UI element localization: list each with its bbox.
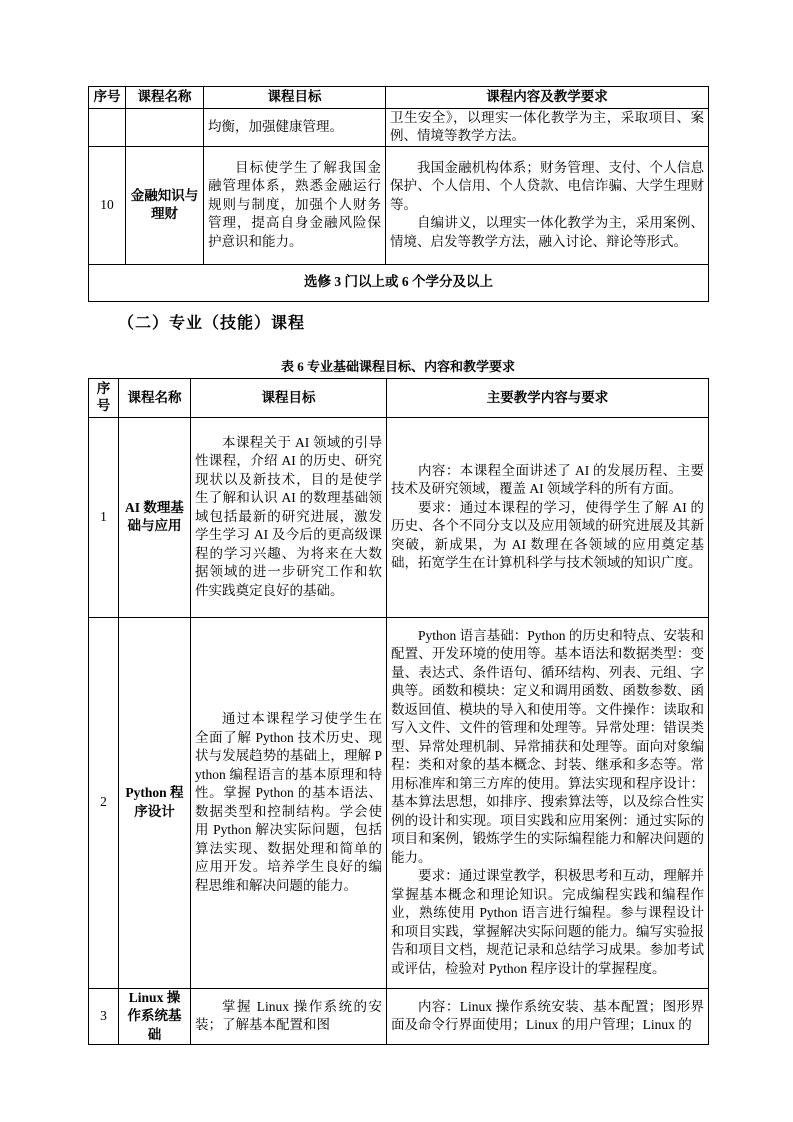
cell-goal-continued: 均衡，加强健康管理。 bbox=[204, 108, 386, 146]
content-paragraph: 内容：Linux 操作系统安装、基本配置；图形界面及命令行界面使用；Linux … bbox=[391, 998, 704, 1035]
cell-content-continued: 卫生安全》，以理实一体化教学为主，采取项目、案例、情境等教学方法。 bbox=[386, 108, 709, 146]
cell-course-content: 内容：Linux 操作系统安装、基本配置；图形界面及命令行界面使用；Linux … bbox=[387, 988, 709, 1045]
table2-row-3: 3 Linux 操作系统基础 掌握 Linux 操作系统的安装；了解基本配置和图… bbox=[89, 988, 709, 1045]
cell-no: 3 bbox=[89, 988, 119, 1045]
cell-no: 1 bbox=[89, 417, 119, 617]
table2-header-main-content: 主要教学内容与要求 bbox=[387, 379, 709, 418]
table1-header-course-content: 课程内容及教学要求 bbox=[386, 87, 709, 109]
cell-no: 2 bbox=[89, 617, 119, 988]
content-paragraph: 要求：通过课堂教学，积极思考和互动，理解并掌握基本概念和理论知识。完成编程实践和… bbox=[391, 867, 704, 978]
cell-course-goal: 通过本课程学习使学生在全面了解 Python 技术历史、现状与发展趋势的基础上，… bbox=[191, 617, 387, 988]
cell-course-content: 内容：本课程全面讲述了 AI 的发展历程、主要技术及研究领域，覆盖 AI 领域学… bbox=[387, 417, 709, 617]
table2-header-course-name: 课程名称 bbox=[119, 379, 191, 418]
table1-footer-row: 选修 3 门以上或 6 个学分及以上 bbox=[89, 264, 709, 301]
content-text: 卫生安全》，以理实一体化教学为主，采取项目、案例、情境等教学方法。 bbox=[390, 109, 704, 146]
goal-text: 本课程关于 AI 领域的引导性课程，介绍 AI 的历史、研究现状以及新技术，目的… bbox=[195, 434, 382, 601]
table2-row-1: 1 AI 数理基础与应用 本课程关于 AI 领域的引导性课程，介绍 AI 的历史… bbox=[89, 417, 709, 617]
goal-text: 通过本课程学习使学生在全面了解 Python 技术历史、现状与发展趋势的基础上，… bbox=[195, 710, 382, 895]
table2-row-2: 2 Python 程序设计 通过本课程学习使学生在全面了解 Python 技术历… bbox=[89, 617, 709, 988]
professional-basic-courses-table: 序号 课程名称 课程目标 主要教学内容与要求 1 AI 数理基础与应用 本课程关… bbox=[88, 378, 709, 1045]
goal-text: 目标使学生了解我国金融管理体系，熟悉金融运行规则与制度，加强个人财务管理，提高自… bbox=[208, 159, 381, 252]
table1-header-course-goal: 课程目标 bbox=[204, 87, 386, 109]
cell-course-goal: 本课程关于 AI 领域的引导性课程，介绍 AI 的历史、研究现状以及新技术，目的… bbox=[191, 417, 387, 617]
cell-course-goal: 掌握 Linux 操作系统的安装；了解基本配置和图 bbox=[191, 988, 387, 1045]
cell-course-name: 金融知识与理财 bbox=[126, 146, 204, 264]
table1-header-row: 序号 课程名称 课程目标 课程内容及教学要求 bbox=[89, 87, 709, 109]
cell-course-name: Linux 操作系统基础 bbox=[119, 988, 191, 1045]
cell-no-empty bbox=[89, 108, 126, 146]
document-page: 序号 课程名称 课程目标 课程内容及教学要求 均衡，加强健康管理。 卫生安全》，… bbox=[0, 0, 793, 1122]
content-clip: 内容：Linux 操作系统安装、基本配置；图形界面及命令行界面使用；Linux … bbox=[391, 998, 704, 1035]
section-heading: （二）专业（技能）课程 bbox=[118, 310, 305, 333]
cell-no: 10 bbox=[89, 146, 126, 264]
goal-text: 均衡，加强健康管理。 bbox=[208, 118, 381, 137]
cell-course-name: Python 程序设计 bbox=[119, 617, 191, 988]
table2-header-course-goal: 课程目标 bbox=[191, 379, 387, 418]
table1-row-10: 10 金融知识与理财 目标使学生了解我国金融管理体系，熟悉金融运行规则与制度，加… bbox=[89, 146, 709, 264]
elective-requirement-note: 选修 3 门以上或 6 个学分及以上 bbox=[89, 264, 709, 301]
cell-course-goal: 目标使学生了解我国金融管理体系，熟悉金融运行规则与制度，加强个人财务管理，提高自… bbox=[204, 146, 386, 264]
cell-name-empty bbox=[126, 108, 204, 146]
content-paragraph: 我国金融机构体系；财务管理、支付、个人信息保护、个人信用、个人贷款、电信诈骗、大… bbox=[390, 159, 704, 215]
cell-course-content: Python 语言基础：Python 的历史和特点、安装和配置、开发环境的使用等… bbox=[387, 617, 709, 988]
table6-caption: 表 6 专业基础课程目标、内容和教学要求 bbox=[88, 356, 708, 375]
content-paragraph: 内容：本课程全面讲述了 AI 的发展历程、主要技术及研究领域，覆盖 AI 领域学… bbox=[391, 462, 704, 499]
goal-clip: 掌握 Linux 操作系统的安装；了解基本配置和图 bbox=[195, 998, 382, 1035]
content-paragraph: 要求：通过本课程的学习，使得学生了解 AI 的历史、各个不同分支以及应用领域的研… bbox=[391, 499, 704, 573]
table2-header-row: 序号 课程名称 课程目标 主要教学内容与要求 bbox=[89, 379, 709, 418]
goal-text: 掌握 Linux 操作系统的安装；了解基本配置和图 bbox=[195, 998, 382, 1035]
table1-header-no: 序号 bbox=[89, 87, 126, 109]
table2-header-no: 序号 bbox=[89, 379, 119, 418]
cell-course-name: AI 数理基础与应用 bbox=[119, 417, 191, 617]
elective-courses-table: 序号 课程名称 课程目标 课程内容及教学要求 均衡，加强健康管理。 卫生安全》，… bbox=[88, 86, 709, 302]
table1-header-course-name: 课程名称 bbox=[126, 87, 204, 109]
content-paragraph: 自编讲义，以理实一体化教学为主，采用案例、情境、启发等教学方法，融入讨论、辩论等… bbox=[390, 214, 704, 251]
table1-continuation-row: 均衡，加强健康管理。 卫生安全》，以理实一体化教学为主，采取项目、案例、情境等教… bbox=[89, 108, 709, 146]
cell-course-content: 我国金融机构体系；财务管理、支付、个人信息保护、个人信用、个人贷款、电信诈骗、大… bbox=[386, 146, 709, 264]
header-no-text: 序号 bbox=[96, 380, 111, 414]
content-paragraph: Python 语言基础：Python 的历史和特点、安装和配置、开发环境的使用等… bbox=[391, 627, 704, 868]
